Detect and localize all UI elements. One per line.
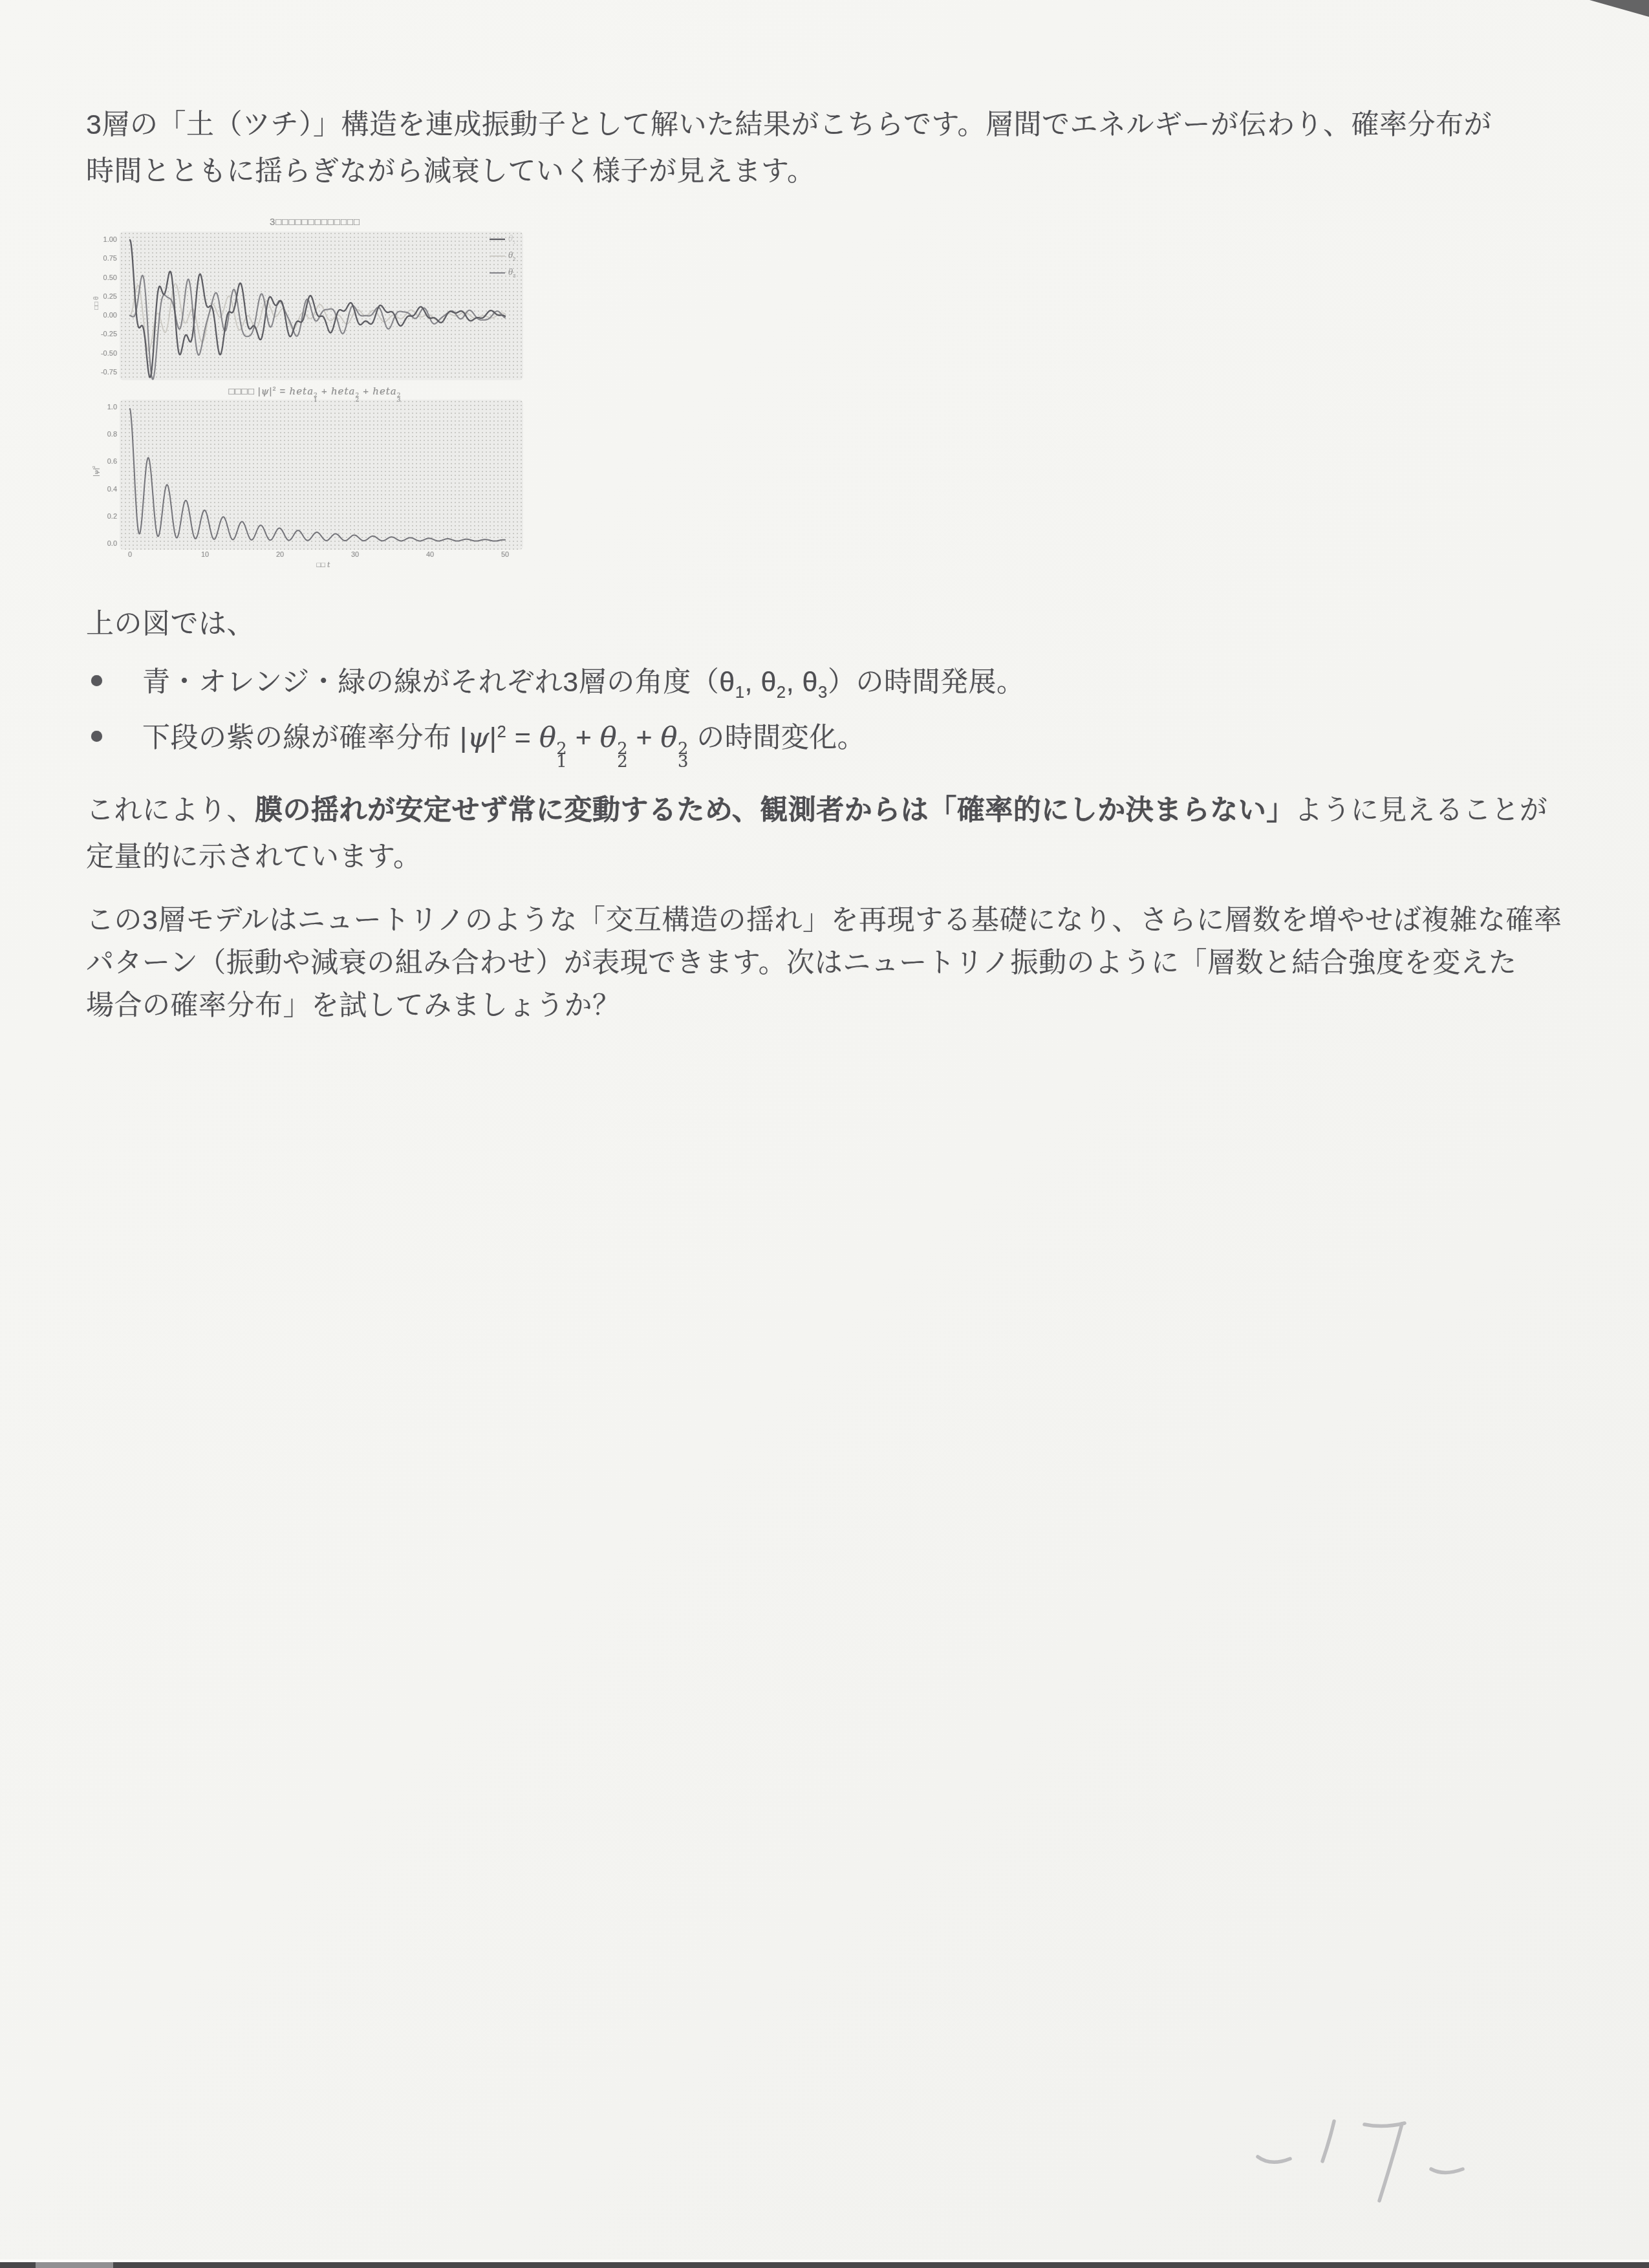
text-run: パターン（振動や減衰の組み合わせ）が表現できます。次はニュートリノ振動のように「… — [86, 947, 1516, 978]
text-run: 23 — [397, 394, 402, 403]
text-run: + — [628, 722, 661, 753]
probability-chart-x-tick: 50 — [501, 551, 509, 559]
probability-chart-x-tick: 40 — [426, 551, 434, 559]
text-run: ψ — [261, 385, 270, 397]
text-run: 21 — [556, 742, 567, 768]
text-run: ψ — [93, 470, 100, 475]
text-run: heta — [331, 385, 356, 397]
theta-chart-ylabel: □□ θ — [93, 290, 100, 316]
text-run: | — [490, 722, 497, 753]
probability-chart-y-tick: 0.0 — [107, 540, 117, 548]
theta-chart-y-tick: 0.25 — [103, 293, 117, 301]
bullet-icon — [91, 731, 102, 742]
text-run: 2 — [92, 466, 96, 468]
text-run: 2 — [513, 256, 515, 262]
text-run: □□ — [317, 561, 327, 569]
text-run: | — [93, 468, 100, 470]
legend-label: θ1 — [508, 234, 515, 243]
figure-lead-text: 上の図では、 — [86, 607, 1528, 642]
probability-chart-xlabel: □□ t — [294, 561, 352, 569]
scanner-edge-shadow-gap — [36, 2262, 113, 2268]
theta-chart-y-tick: -0.75 — [101, 369, 117, 376]
text-run: = — [276, 386, 289, 397]
text-run: , θ — [786, 667, 818, 698]
text-run: θ — [600, 722, 617, 754]
chart-curve — [130, 409, 505, 541]
text-run: 下段の紫の線が確率分布 | — [142, 722, 468, 753]
text-run: ψ — [468, 722, 490, 754]
paragraph-4-line-2: パターン（振動や減衰の組み合わせ）が表現できます。次はニュートリノ振動のように「… — [86, 945, 1528, 981]
text-run: 2 — [777, 684, 786, 702]
text-run: heta — [290, 385, 314, 397]
text-run: 1 — [513, 239, 515, 245]
text-run: 22 — [617, 742, 628, 768]
bullet-item-2: 下段の紫の線が確率分布 |ψ|2 = θ21 + θ22 + θ23 の時間変化… — [91, 720, 865, 768]
chart-curve — [130, 283, 505, 351]
theta-chart-y-tick: 0.50 — [103, 274, 117, 282]
text-run: 膜の揺れが安定せず常に変動するため、観測者からは「確率的にしか決まらない」 — [255, 795, 1295, 826]
text-run: の時間変化。 — [689, 722, 865, 753]
text-run: = — [506, 722, 539, 753]
theta-chart-y-tick: 0.00 — [103, 312, 117, 319]
text-run: 2 — [497, 723, 507, 741]
paragraph-3-line-1: これにより、膜の揺れが安定せず常に変動するため、観測者からは「確率的にしか決まら… — [86, 793, 1528, 828]
paragraph-3-line-2: 定量的に示されています。 — [86, 839, 1528, 875]
text-run: θ — [661, 722, 678, 754]
pencil-dash-left — [1258, 2157, 1290, 2162]
probability-chart-y-tick: 1.0 — [107, 404, 117, 411]
probability-chart-y-tick: 0.2 — [107, 513, 117, 521]
bullet-icon — [91, 675, 102, 686]
theta-chart-y-tick: -0.25 — [101, 330, 117, 338]
theta-chart-y-tick: 0.75 — [103, 255, 117, 263]
probability-chart-x-tick: 30 — [351, 551, 359, 559]
paragraph-1-line-2: 時間とともに揺らぎながら減衰していく様子が見えます。 — [86, 154, 1528, 189]
probability-chart-x-tick: 0 — [128, 551, 132, 559]
text-run: 3 — [513, 273, 515, 279]
paragraph-4-line-1: この3層モデルはニュートリノのような「交互構造の揺れ」を再現する基礎になり、さら… — [86, 903, 1528, 938]
theta-chart-y-tick: 1.00 — [103, 236, 117, 244]
text-run: 青・オレンジ・緑の線がそれぞれ3層の角度（θ — [142, 667, 735, 698]
chart-curve — [130, 240, 505, 378]
bullet-2-text: 下段の紫の線が確率分布 |ψ|2 = θ21 + θ22 + θ23 の時間変化… — [142, 720, 865, 768]
text-run: + — [567, 722, 600, 753]
text-run: ）の時間発展。 — [828, 667, 1025, 698]
legend-label: θ3 — [508, 268, 515, 277]
text-run: 上の図では、 — [86, 609, 255, 640]
coupled-oscillator-figure: 3□□□□□□□□□□□□□ □□□□ |ψ|2 = heta21 + heta… — [87, 215, 527, 572]
text-run: 23 — [678, 742, 689, 768]
text-run: 定量的に示されています。 — [86, 841, 422, 872]
text-run: ように見えることが — [1295, 795, 1548, 826]
scanner-edge-shadow — [0, 2262, 1649, 2268]
text-run: 3層の「土（ツチ）」構造を連成振動子として解いた結果がこちらです。層間でエネルギ… — [86, 109, 1492, 140]
text-run: 3 — [818, 684, 828, 702]
pencil-digit-7-stem — [1379, 2124, 1402, 2201]
text-run: , θ — [745, 667, 777, 698]
chart-curve — [130, 275, 505, 380]
bullet-1-text: 青・オレンジ・緑の線がそれぞれ3層の角度（θ1, θ2, θ3）の時間発展。 — [142, 665, 1024, 700]
probability-chart-y-tick: 0.8 — [107, 431, 117, 438]
pencil-digit-7-top — [1364, 2123, 1405, 2126]
scanner-corner-shadow — [1590, 0, 1649, 17]
scanned-document-page: { "content": { "para1_lines": [ [{"t":"3… — [0, 0, 1649, 2268]
probability-chart-x-tick: 20 — [276, 551, 284, 559]
text-run: この3層モデルはニュートリノのような「交互構造の揺れ」を再現する基礎になり、さら… — [86, 905, 1562, 936]
text-run: □□□□ | — [228, 386, 261, 397]
probability-chart-ylabel: |ψ|2 — [93, 457, 100, 486]
text-run: θ — [539, 722, 556, 754]
text-run: これにより、 — [86, 795, 255, 826]
paragraph-1-line-1: 3層の「土（ツチ）」構造を連成振動子として解いた結果がこちらです。層間でエネルギ… — [86, 107, 1528, 143]
text-run: + — [318, 386, 331, 397]
pencil-dash-right — [1431, 2169, 1463, 2173]
text-run: 場合の確率分布」を試してみましょうか？ — [86, 990, 621, 1021]
text-run: 21 — [314, 394, 318, 403]
pencil-digit-1 — [1322, 2121, 1334, 2161]
text-run: t — [327, 561, 330, 569]
legend-label: θ2 — [508, 251, 515, 260]
theta-chart-title: 3□□□□□□□□□□□□□ — [95, 217, 535, 228]
paragraph-4-line-3: 場合の確率分布」を試してみましょうか？ — [86, 988, 1528, 1024]
text-run: 1 — [735, 684, 745, 702]
handwritten-page-number — [1222, 2095, 1507, 2244]
probability-chart-x-tick: 10 — [201, 551, 209, 559]
probability-chart-y-tick: 0.6 — [107, 458, 117, 466]
probability-chart-title: □□□□ |ψ|2 = heta21 + heta22 + heta23 — [95, 385, 535, 403]
probability-chart-y-tick: 0.4 — [107, 486, 117, 493]
text-run: heta — [372, 385, 397, 397]
bullet-item-1: 青・オレンジ・緑の線がそれぞれ3層の角度（θ1, θ2, θ3）の時間発展。 — [91, 665, 1024, 700]
text-run: + — [360, 386, 372, 397]
text-run: 時間とともに揺らぎながら減衰していく様子が見えます。 — [86, 156, 815, 187]
theta-chart-y-tick: -0.50 — [101, 350, 117, 358]
